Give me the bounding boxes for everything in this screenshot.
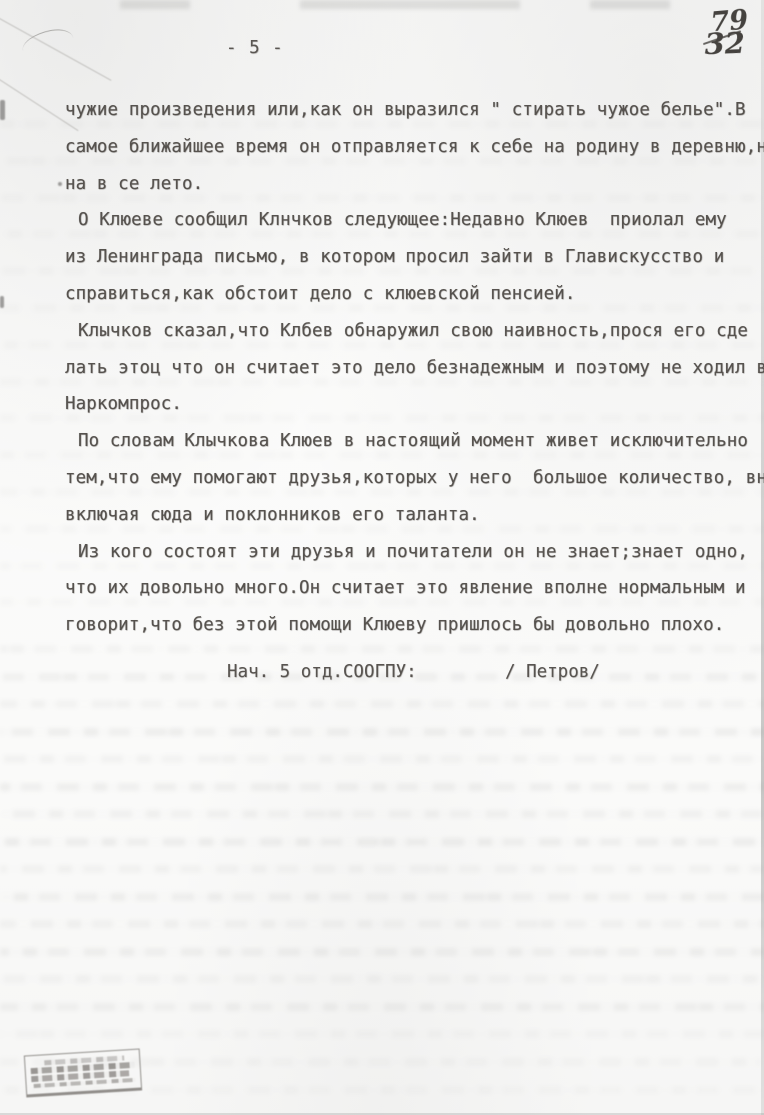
bleedthrough-line (0, 838, 764, 846)
bleedthrough-line (0, 865, 764, 873)
bleedthrough-line (0, 645, 764, 653)
bleedthrough-line (0, 525, 764, 533)
typed-line: О Клюеве сообщил Клнчков следующее:Недав… (78, 210, 727, 230)
typed-line: лать этоц что он считает это дело безнад… (65, 358, 764, 378)
bleedthrough-line (0, 598, 764, 606)
handwritten-folio-bottom: 32 (704, 26, 746, 61)
bleedthrough-line (0, 1030, 764, 1038)
bleedthrough-line (0, 230, 764, 238)
bleedthrough-line (0, 783, 764, 791)
signature-name: / Петров/ (505, 662, 600, 682)
bleedthrough-line (0, 700, 764, 708)
typed-line: Из кого состоят эти друзья и почитатели … (78, 542, 748, 562)
bleedthrough-line (0, 1003, 764, 1011)
signature-title: Нач. 5 отд.СООГПУ: (227, 662, 417, 682)
bleedthrough-line (0, 975, 764, 983)
typed-line: чужие произведения или,как он выразился … (65, 100, 746, 120)
typed-line: справиться,как обстоит дело с клюевской … (65, 284, 576, 304)
bleedthrough-line (0, 755, 764, 763)
typed-line: говорит,что без этой помощи Клюеву пришл… (65, 615, 724, 635)
scan-smudge (120, 0, 190, 9)
bleedthrough-line (0, 488, 764, 496)
paper-crease (0, 16, 111, 81)
bleedthrough-line (0, 810, 764, 818)
bleedthrough-line (0, 267, 764, 275)
bleedthrough-line (0, 378, 764, 386)
bleedthrough-line (0, 893, 764, 901)
archive-stamp (24, 1048, 142, 1097)
ink-speck (58, 182, 62, 186)
page-number: - 5 - (226, 38, 284, 58)
typed-line: самое ближайшее время он отправляется к … (65, 137, 764, 157)
ink-speck (0, 100, 5, 120)
scan-smudge (590, 0, 670, 9)
bleedthrough-line (0, 157, 764, 165)
pencil-mark (20, 26, 74, 51)
typed-line: что их довольно много.Он считает это явл… (65, 578, 746, 598)
typed-line: По словам Клычкова Клюев в настоящий мом… (78, 431, 748, 451)
typed-line: на в се лето. (65, 174, 203, 194)
typed-line: Наркомпрос. (65, 394, 182, 414)
handwritten-folio: 79 32 (697, 4, 762, 71)
bleedthrough-line (0, 341, 764, 349)
bleedthrough-line (0, 562, 764, 570)
typed-line: включая сюда и поклонников его таланта. (65, 505, 480, 525)
scan-smudge (300, 0, 520, 9)
bleedthrough-line (0, 728, 764, 736)
typed-line: из Ленинграда письмо, в котором просил з… (65, 247, 724, 267)
bleedthrough-line (0, 920, 764, 928)
bleedthrough-line (0, 120, 764, 128)
typed-line: тем,что ему помогают друзья,которых у не… (65, 468, 764, 488)
bleedthrough-line (0, 414, 764, 422)
typed-line: Клычков сказал,что Клбев обнаружил свою … (78, 321, 748, 341)
document-page: - 5 - 79 32 чужие произведения или,как о… (0, 0, 764, 1115)
bleedthrough-line (0, 194, 764, 202)
bleedthrough-line (0, 451, 764, 459)
bleedthrough-line (0, 304, 764, 312)
bleedthrough-line (0, 948, 764, 956)
